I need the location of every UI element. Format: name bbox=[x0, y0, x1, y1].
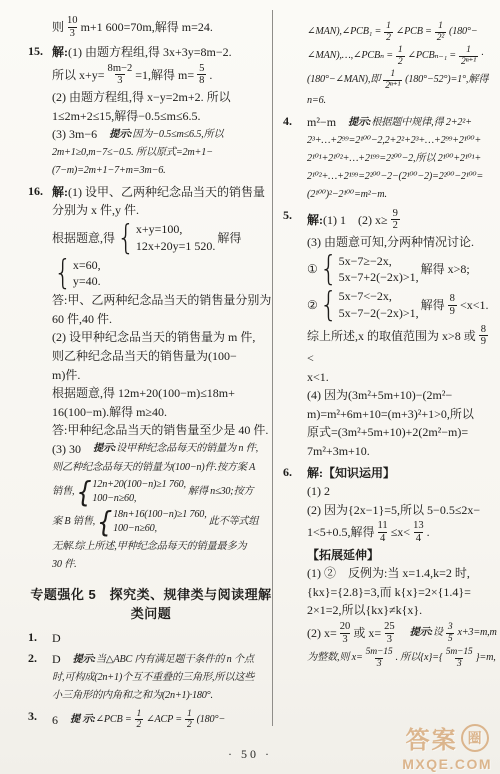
text-line: n=6. bbox=[307, 92, 497, 110]
hint-text: (7−m)=2m+1−7+m=3m−6. bbox=[52, 163, 165, 179]
fraction-numerator: 8 bbox=[481, 324, 486, 336]
fraction-denominator: 9 bbox=[479, 335, 488, 348]
brace-icon: { bbox=[320, 253, 338, 287]
text-line: 则乙种纪念品当天的销售量为(100− bbox=[52, 347, 274, 366]
answer-block: 5.解:(1) 1 (2) x≥92(3) 由题意可知,分两种情况讨论.①{5x… bbox=[283, 207, 497, 461]
text-run: ② bbox=[307, 296, 318, 315]
text-line: 【拓展延伸】 bbox=[307, 546, 497, 565]
fraction-numerator: 1 bbox=[386, 21, 391, 32]
equation-row: 100−n≥60, bbox=[92, 492, 185, 506]
text-line: 1≤2m+2≤15,解得−0.5≤m≤6.5. bbox=[52, 107, 274, 126]
text-run: 根据题意,得 12m+20(100−m)≤18m+ bbox=[52, 384, 235, 403]
equation-row: 18n+16(100−n)≥1 760, bbox=[113, 508, 206, 522]
equation-row: y=40. bbox=[73, 273, 101, 290]
text-line: 根据题意,得{x+y=100,12x+20y=1 520.解得{x=60,y=4… bbox=[52, 220, 274, 291]
fraction: 8m−23 bbox=[108, 63, 133, 87]
hint-text: 此不等式组 bbox=[209, 514, 259, 530]
text-run: {kx}={2.8}=3,而 k{x}=2×{1.4}= bbox=[307, 583, 471, 602]
hint-text: 案 B 销售, bbox=[52, 514, 95, 530]
text-line: 根据题意,得 12m+20(100−m)≤18m+ bbox=[52, 384, 274, 403]
text-line: 2³+…+2⁹⁹=2¹⁰⁰−2,2+2²+2³+…+2⁹⁹+2¹⁰⁰+ bbox=[307, 132, 497, 150]
item-number: 1. bbox=[28, 630, 37, 645]
text-run: 解得 bbox=[421, 296, 445, 315]
fraction-numerator: 8 bbox=[450, 293, 455, 305]
hint-text: (180°−52°)=1°,解得 bbox=[405, 72, 488, 88]
text-line: ∠MAN),…,∠PCBₙ =12∠PCBₙ₋₁ =12ⁿ⁺¹· bbox=[307, 44, 497, 68]
text-line: 综上所述,x 的取值范围为 x>8 或89< bbox=[307, 323, 497, 368]
text-run: < bbox=[307, 349, 314, 368]
fraction: 253 bbox=[384, 621, 395, 645]
fraction: 12 bbox=[384, 21, 393, 43]
answer-block: 15.解:(1) 由题方程组,得 3x+3y=8m−2.所以 x+y=8m−23… bbox=[28, 43, 274, 180]
watermark-logo: 答案圈 bbox=[402, 720, 492, 755]
text-line: {kx}={2.8}=3,而 k{x}=2×{1.4}= bbox=[307, 583, 497, 602]
fraction: 12² bbox=[435, 21, 446, 43]
fraction-numerator: 1 bbox=[398, 45, 403, 56]
text-run: D bbox=[52, 629, 61, 648]
fraction-denominator: 8 bbox=[197, 74, 206, 87]
text-run: 1<5+0.5,解得 bbox=[307, 523, 375, 542]
hint-label: 提示: bbox=[93, 441, 116, 457]
fraction-numerator: 1 bbox=[466, 45, 471, 56]
hint-text: 当△ABC 内有满足题干条件的 n 个点 bbox=[96, 652, 254, 668]
brace-icon: { bbox=[97, 508, 112, 537]
hint-text: (180°− bbox=[449, 24, 477, 40]
fraction-numerator: 1 bbox=[187, 709, 192, 720]
hint-text: ∠MAN),…,∠PCBₙ = bbox=[307, 48, 393, 64]
item-number: 2. bbox=[28, 651, 37, 666]
hint-label: 提示: bbox=[410, 625, 433, 641]
hint-text: 2¹⁰¹+2¹⁰²+…+2¹⁹⁹=2²⁰⁰−2,所以 2¹⁰⁰+2¹⁰¹+ bbox=[307, 151, 481, 167]
fraction-denominator: 2 bbox=[135, 719, 144, 731]
answer-block: 4.m²−m 提示:根据题中规律,得 2+2²+2³+…+2⁹⁹=2¹⁰⁰−2,… bbox=[283, 113, 497, 204]
text-run: D bbox=[52, 650, 73, 669]
text-line: x<1. bbox=[307, 368, 497, 387]
hint-text: ∠MAN),∠PCB₁ = bbox=[307, 24, 381, 40]
left-column: 则103m+1 600=70m,解得 m=24.15.解:(1) 由题方程组,得… bbox=[28, 14, 274, 735]
text-run bbox=[398, 624, 410, 643]
text-line: m²−m 提示:根据题中规律,得 2+2²+ bbox=[307, 113, 497, 132]
fraction: 114 bbox=[378, 520, 388, 544]
page-number-text: · 50 · bbox=[228, 747, 272, 761]
text-run: (4) 因为(3m²+5m+10)−(2m²− bbox=[307, 386, 452, 405]
text-line: (1) ② 反例为:当 x=1.4,k=2 时, bbox=[307, 564, 497, 583]
hint-text: · bbox=[481, 48, 483, 64]
fraction: 5m−153 bbox=[446, 647, 473, 669]
hint-text: ∠PCB = bbox=[96, 712, 132, 728]
text-run: 2×1=2,所以{kx}≠k{x}. bbox=[307, 601, 422, 620]
hint-text: n=6. bbox=[307, 93, 326, 109]
equation-system: {x=60,y=40. bbox=[54, 257, 101, 291]
equation-row: 100−n≥60, bbox=[113, 522, 206, 536]
text-line: 所以 x+y=8m−23=1,解得 m=58. bbox=[52, 62, 274, 88]
item-number: 15. bbox=[28, 44, 43, 59]
text-run: 解得 bbox=[217, 229, 241, 248]
text-run: (1) 由题方程组,得 3x+3y=8m−2. bbox=[68, 43, 232, 62]
text-run: (2) 设甲种纪念品当天的销售量为 m 件, bbox=[52, 328, 255, 347]
fraction-numerator: 3 bbox=[448, 622, 453, 633]
right-column: ∠MAN),∠PCB₁ =12∠PCB =12²(180°−∠MAN),…,∠P… bbox=[283, 20, 497, 673]
fraction-denominator: 4 bbox=[378, 532, 387, 545]
text-run: 原式=(3m²+5m+10)+2(2m²−m)= bbox=[307, 423, 468, 442]
text-line: 答:甲种纪念品当天的销售量至少是 40 件. bbox=[52, 421, 274, 440]
text-line: m)=m²+6m+10=(m+3)²+1>0,所以 bbox=[307, 405, 497, 424]
item-number: 4. bbox=[283, 114, 292, 129]
text-run: (2) 由题方程组,得 x−y=2m+2. 所以 bbox=[52, 88, 231, 107]
hint-text: x+3=m,m bbox=[457, 625, 496, 641]
text-line: 小三角形的内角和之和为(2n+1)·180°. bbox=[52, 687, 274, 705]
fraction-denominator: 5 bbox=[446, 633, 455, 645]
brace-icon: { bbox=[117, 221, 135, 255]
text-line: 解:(1) 1 (2) x≥92 bbox=[307, 207, 497, 233]
equation-system: {12n+20(100−n)≥1 760,100−n≥60, bbox=[76, 478, 186, 507]
text-run: =1,解得 m= bbox=[135, 66, 194, 85]
hint-text: ∠PCB = bbox=[396, 24, 432, 40]
fraction-numerator: 11 bbox=[378, 520, 388, 532]
text-run: m)件. bbox=[52, 366, 80, 385]
fraction-numerator: 20 bbox=[340, 621, 351, 633]
text-line: 答:甲、乙两种纪念品当天的销售量分别为 bbox=[52, 291, 274, 310]
fraction: 92 bbox=[391, 208, 400, 232]
hint-text: 设甲种纪念品每天的销量为 n 件, bbox=[116, 441, 258, 457]
text-run: (3) 30 bbox=[52, 440, 93, 459]
text-run: (1) ② 反例为:当 x=1.4,k=2 时, bbox=[307, 564, 470, 583]
text-line: 30 件. bbox=[52, 556, 274, 574]
fraction: 203 bbox=[340, 621, 351, 645]
column-divider bbox=[272, 10, 273, 726]
fraction: 12ⁿ⁺¹ bbox=[383, 69, 402, 91]
text-run: . bbox=[209, 66, 212, 85]
equation-rows: x=60,y=40. bbox=[73, 257, 101, 291]
answer-block: 则103m+1 600=70m,解得 m=24. bbox=[28, 14, 274, 40]
equation-row: x=60, bbox=[73, 257, 101, 274]
section-heading: 专题强化 5 探究类、规律类与阅读理解类问题 bbox=[28, 584, 274, 622]
equation-row: 12x+20y=1 520. bbox=[136, 238, 216, 255]
text-line: 1<5+0.5,解得114≤x<134. bbox=[307, 519, 497, 545]
fraction-numerator: 25 bbox=[384, 621, 395, 633]
text-run: x<1. bbox=[307, 368, 329, 387]
watermark-site: MXQE.COM bbox=[402, 756, 492, 772]
text-run: 答:甲种纪念品当天的销售量至少是 40 件. bbox=[52, 421, 268, 440]
hint-label: 提示: bbox=[73, 652, 96, 668]
equation-row: 5x−7≥−2x, bbox=[339, 253, 419, 270]
hint-text: }=m, bbox=[476, 650, 496, 666]
text-run: 综上所述,x 的取值范围为 x>8 或 bbox=[307, 327, 476, 346]
brace-icon: { bbox=[320, 288, 338, 322]
fraction-numerator: 9 bbox=[393, 208, 398, 220]
hint-label: 提 示: bbox=[70, 712, 96, 728]
equation-row: 5x−7−2(−2x)>1, bbox=[339, 305, 419, 322]
text-run: 或 x= bbox=[353, 624, 381, 643]
text-line: 2×1=2,所以{kx}≠k{x}. bbox=[307, 601, 497, 620]
page: 则103m+1 600=70m,解得 m=24.15.解:(1) 由题方程组,得… bbox=[0, 0, 500, 774]
fraction: 89 bbox=[448, 293, 457, 317]
text-line: 6 提 示:∠PCB =12∠ACP =12(180°− bbox=[52, 708, 274, 732]
equation-row: 5x−7<−2x, bbox=[339, 288, 419, 305]
text-run: <x<1. bbox=[460, 296, 489, 315]
fraction-numerator: 1 bbox=[438, 21, 443, 32]
text-line: (1) 2 bbox=[307, 482, 497, 501]
hint-text: 无解.综上所述,甲种纪念品每天的销量最多为 bbox=[52, 539, 246, 555]
hint-text: (2¹⁰⁰)²−2¹⁰⁰=m²−m. bbox=[307, 187, 387, 203]
fraction-numerator: 8m−2 bbox=[108, 63, 133, 75]
hint-text: 2m+1≥0,m−7≤−0.5. 所以原式=2m+1− bbox=[52, 145, 213, 161]
fraction: 5m−153 bbox=[366, 647, 393, 669]
text-line: (3) 3m−6 提示:因为−0.5≤m≤6.5,所以 bbox=[52, 125, 274, 144]
fraction: 12 bbox=[396, 45, 405, 67]
text-line: (2) x=203或 x=253 提示:设35x+3=m,m bbox=[307, 620, 497, 646]
text-run: m+1 600=70m,解得 m=24. bbox=[81, 18, 213, 37]
fraction-denominator: 4 bbox=[414, 532, 423, 545]
equation-system: {18n+16(100−n)≥1 760,100−n≥60, bbox=[97, 508, 207, 537]
hint-text: ∠ACP = bbox=[146, 712, 182, 728]
text-line: (2¹⁰⁰)²−2¹⁰⁰=m²−m. bbox=[307, 186, 497, 204]
text-line: 无解.综上所述,甲种纪念品每天的销量最多为 bbox=[52, 538, 274, 556]
answer-block: 16.解:(1) 设甲、乙两种纪念品当天的销售量分别为 x 件,y 件.根据题意… bbox=[28, 183, 274, 574]
text-run: (1) 1 (2) x≥ bbox=[323, 211, 388, 230]
fraction-denominator: 3 bbox=[340, 633, 349, 646]
hint-label: 提示: bbox=[348, 115, 371, 131]
equation-row: 5x−7+2(−2x)>1, bbox=[339, 269, 419, 286]
fraction-denominator: 3 bbox=[115, 74, 124, 87]
bold-text: 解: bbox=[307, 211, 323, 230]
watermark-logo-text: 答案 bbox=[406, 720, 458, 755]
hint-text: (180°−∠MAN),即 bbox=[307, 72, 380, 88]
item-number: 3. bbox=[28, 709, 37, 724]
hint-text: 因为−0.5≤m≤6.5,所以 bbox=[132, 127, 223, 143]
hint-text: 销售, bbox=[52, 484, 74, 500]
bold-text: 解: bbox=[52, 183, 68, 202]
equation-rows: 5x−7≥−2x,5x−7+2(−2x)>1, bbox=[339, 253, 419, 287]
text-line: (180°−∠MAN),即12ⁿ⁺¹(180°−52°)=1°,解得 bbox=[307, 68, 497, 92]
hint-text: 2¹⁰²+…+2¹⁹⁹=2²⁰⁰−2−(2¹⁰⁰−2)=2²⁰⁰−2¹⁰⁰= bbox=[307, 169, 483, 185]
hint-text: 2³+…+2⁹⁹=2¹⁰⁰−2,2+2²+2³+…+2⁹⁹+2¹⁰⁰+ bbox=[307, 133, 481, 149]
brace-icon: { bbox=[76, 477, 91, 506]
fraction: 35 bbox=[446, 622, 455, 644]
text-run: 则乙种纪念品当天的销售量为(100− bbox=[52, 347, 237, 366]
text-run: 根据题意,得 bbox=[52, 229, 115, 248]
text-line: (7−m)=2m+1−7+m=3m−6. bbox=[52, 162, 274, 180]
fraction-denominator: 3 bbox=[375, 658, 384, 670]
text-run: 解得 x>8; bbox=[421, 260, 470, 279]
text-run: m)=m²+6m+10=(m+3)²+1>0,所以 bbox=[307, 405, 474, 424]
fraction: 89 bbox=[479, 324, 488, 348]
text-line: (3) 30 提示:设甲种纪念品每天的销量为 n 件, bbox=[52, 440, 274, 459]
fraction-denominator: 2² bbox=[435, 32, 446, 44]
equation-rows: 12n+20(100−n)≥1 760,100−n≥60, bbox=[92, 478, 185, 507]
equation-rows: 18n+16(100−n)≥1 760,100−n≥60, bbox=[113, 508, 206, 537]
equation-system: {x+y=100,12x+20y=1 520. bbox=[117, 221, 215, 255]
hint-text: (180°− bbox=[197, 712, 225, 728]
fraction-denominator: 9 bbox=[448, 305, 457, 318]
fraction: 12ⁿ⁺¹ bbox=[459, 45, 478, 67]
text-line: 60 件,40 件. bbox=[52, 310, 274, 329]
text-line: (2) 因为{2x−1}=5,所以 5−0.5≤2x− bbox=[307, 501, 497, 520]
text-run: 7m²+3m+10. bbox=[307, 442, 370, 461]
brace-icon: { bbox=[54, 257, 72, 291]
text-line: 案 B 销售,{18n+16(100−n)≥1 760,100−n≥60,此不等… bbox=[52, 507, 274, 538]
hint-text: 时,可构成(2n+1)个互不重叠的三角形,所以这些 bbox=[52, 670, 254, 686]
item-number: 5. bbox=[283, 208, 292, 223]
text-run: (1) 2 bbox=[307, 482, 330, 501]
equation-system: {5x−7≥−2x,5x−7+2(−2x)>1, bbox=[320, 253, 419, 287]
text-line: 16(100−m).解得 m≥40. bbox=[52, 403, 274, 422]
watermark-circle-char: 圈 bbox=[468, 728, 482, 748]
text-line: 7m²+3m+10. bbox=[307, 442, 497, 461]
text-run: 答:甲、乙两种纪念品当天的销售量分别为 bbox=[52, 291, 271, 310]
fraction-denominator: 2ⁿ⁺¹ bbox=[383, 80, 402, 92]
text-run: . bbox=[427, 523, 430, 542]
fraction-denominator: 3 bbox=[455, 658, 464, 670]
text-line: D bbox=[52, 629, 274, 648]
text-run: 16(100−m).解得 m≥40. bbox=[52, 403, 167, 422]
text-line: 解:(1) 由题方程组,得 3x+3y=8m−2. bbox=[52, 43, 274, 62]
text-line: ∠MAN),∠PCB₁ =12∠PCB =12²(180°− bbox=[307, 20, 497, 44]
fraction-denominator: 3 bbox=[68, 27, 77, 40]
watermark-circle-icon: 圈 bbox=[461, 724, 489, 752]
hint-text: 解得 n≤30;按方 bbox=[188, 484, 254, 500]
hint-text: 设 bbox=[433, 625, 443, 641]
text-line: 解:(1) 设甲、乙两种纪念品当天的销售量 bbox=[52, 183, 274, 202]
equation-rows: x+y=100,12x+20y=1 520. bbox=[136, 221, 216, 255]
text-run: 6 bbox=[52, 711, 70, 730]
fraction-numerator: 10 bbox=[67, 15, 78, 27]
text-run: (2) 因为{2x−1}=5,所以 5−0.5≤2x− bbox=[307, 501, 480, 520]
bold-text: 【拓展延伸】 bbox=[307, 546, 379, 565]
fraction-numerator: 5m−15 bbox=[366, 647, 393, 658]
text-line: 则乙种纪念品每天的销量为(100−n)件.按方案 A bbox=[52, 459, 274, 477]
text-run: (1) 设甲、乙两种纪念品当天的销售量 bbox=[68, 183, 265, 202]
text-line: D 提示:当△ABC 内有满足题干条件的 n 个点 bbox=[52, 650, 274, 669]
text-run: (2) x= bbox=[307, 624, 337, 643]
hint-text: 为整数,则 x= bbox=[307, 650, 363, 666]
fraction-numerator: 13 bbox=[413, 520, 424, 532]
text-line: 为整数,则 x=5m−153. 所以{x}={5m−153}=m, bbox=[307, 646, 497, 670]
equation-row: x+y=100, bbox=[136, 221, 216, 238]
fraction: 12 bbox=[185, 709, 194, 731]
answer-block: ∠MAN),∠PCB₁ =12∠PCB =12²(180°−∠MAN),…,∠P… bbox=[283, 20, 497, 110]
hint-text: 则乙种纪念品每天的销量为(100−n)件.按方案 A bbox=[52, 460, 255, 476]
fraction-denominator: 3 bbox=[385, 633, 394, 646]
item-number: 6. bbox=[283, 465, 292, 480]
text-line: 2¹⁰¹+2¹⁰²+…+2¹⁹⁹=2²⁰⁰−2,所以 2¹⁰⁰+2¹⁰¹+ bbox=[307, 150, 497, 168]
answer-block: 6.解:【知识运用】(1) 2(2) 因为{2x−1}=5,所以 5−0.5≤2… bbox=[283, 464, 497, 671]
answer-block: 3.6 提 示:∠PCB =12∠ACP =12(180°− bbox=[28, 708, 274, 732]
text-line: m)件. bbox=[52, 366, 274, 385]
hint-text: 30 件. bbox=[52, 557, 76, 573]
text-line: 解:【知识运用】 bbox=[307, 464, 497, 483]
equation-rows: 5x−7<−2x,5x−7−2(−2x)>1, bbox=[339, 288, 419, 322]
bold-text: 解: bbox=[52, 43, 68, 62]
fraction: 12 bbox=[135, 709, 144, 731]
hint-text: ∠PCBₙ₋₁ = bbox=[408, 48, 456, 64]
hint-text: { bbox=[439, 650, 443, 666]
text-line: (4) 因为(3m²+5m+10)−(2m²− bbox=[307, 386, 497, 405]
hint-text: . 所以{x}= bbox=[395, 650, 438, 666]
fraction-numerator: 1 bbox=[390, 69, 395, 80]
equation-system: {5x−7<−2x,5x−7−2(−2x)>1, bbox=[320, 288, 419, 322]
fraction: 103 bbox=[67, 15, 78, 39]
text-line: 销售,{12n+20(100−n)≥1 760,100−n≥60,解得 n≤30… bbox=[52, 477, 274, 508]
bold-text: 解:【知识运用】 bbox=[307, 464, 395, 483]
text-line: 原式=(3m²+5m+10)+2(2m²−m)= bbox=[307, 423, 497, 442]
text-line: 时,可构成(2n+1)个互不重叠的三角形,所以这些 bbox=[52, 669, 274, 687]
text-run: 所以 x+y= bbox=[52, 66, 105, 85]
watermark: 答案圈 MXQE.COM bbox=[402, 720, 492, 772]
answer-block: 2.D 提示:当△ABC 内有满足题干条件的 n 个点时,可构成(2n+1)个互… bbox=[28, 650, 274, 705]
text-line: 2m+1≥0,m−7≤−0.5. 所以原式=2m+1− bbox=[52, 144, 274, 162]
text-line: 则103m+1 600=70m,解得 m=24. bbox=[52, 14, 274, 40]
equation-row: 12n+20(100−n)≥1 760, bbox=[92, 478, 185, 492]
fraction: 134 bbox=[413, 520, 424, 544]
text-run: (3) 3m−6 bbox=[52, 125, 109, 144]
text-line: (2) 由题方程组,得 x−y=2m+2. 所以 bbox=[52, 88, 274, 107]
text-run: 1≤2m+2≤15,解得−0.5≤m≤6.5. bbox=[52, 107, 201, 126]
hint-text: 根据题中规律,得 2+2²+ bbox=[371, 115, 472, 131]
text-run: ① bbox=[307, 260, 318, 279]
text-line: 2¹⁰²+…+2¹⁹⁹=2²⁰⁰−2−(2¹⁰⁰−2)=2²⁰⁰−2¹⁰⁰= bbox=[307, 168, 497, 186]
fraction: 58 bbox=[197, 63, 206, 87]
fraction-denominator: 2 bbox=[185, 719, 194, 731]
text-line: ①{5x−7≥−2x,5x−7+2(−2x)>1,解得 x>8; bbox=[307, 252, 497, 288]
fraction-numerator: 1 bbox=[137, 709, 142, 720]
text-line: ②{5x−7<−2x,5x−7−2(−2x)>1,解得89<x<1. bbox=[307, 287, 497, 323]
fraction-denominator: 2 bbox=[391, 219, 400, 232]
fraction-numerator: 5 bbox=[199, 63, 204, 75]
fraction-numerator: 5m−15 bbox=[446, 647, 473, 658]
text-run: m²−m bbox=[307, 113, 348, 132]
hint-text: 小三角形的内角和之和为(2n+1)·180°. bbox=[52, 688, 213, 704]
answer-block: 1.D bbox=[28, 629, 274, 648]
fraction-denominator: 2 bbox=[396, 56, 405, 68]
hint-label: 提示: bbox=[109, 127, 132, 143]
fraction-denominator: 2ⁿ⁺¹ bbox=[459, 56, 478, 68]
text-line: (2) 设甲种纪念品当天的销售量为 m 件, bbox=[52, 328, 274, 347]
text-run: 60 件,40 件. bbox=[52, 310, 112, 329]
text-line: 分别为 x 件,y 件. bbox=[52, 201, 274, 220]
fraction-denominator: 2 bbox=[384, 32, 393, 44]
item-number: 16. bbox=[28, 184, 43, 199]
text-run: ≤x< bbox=[391, 523, 410, 542]
text-run: 则 bbox=[52, 18, 64, 37]
